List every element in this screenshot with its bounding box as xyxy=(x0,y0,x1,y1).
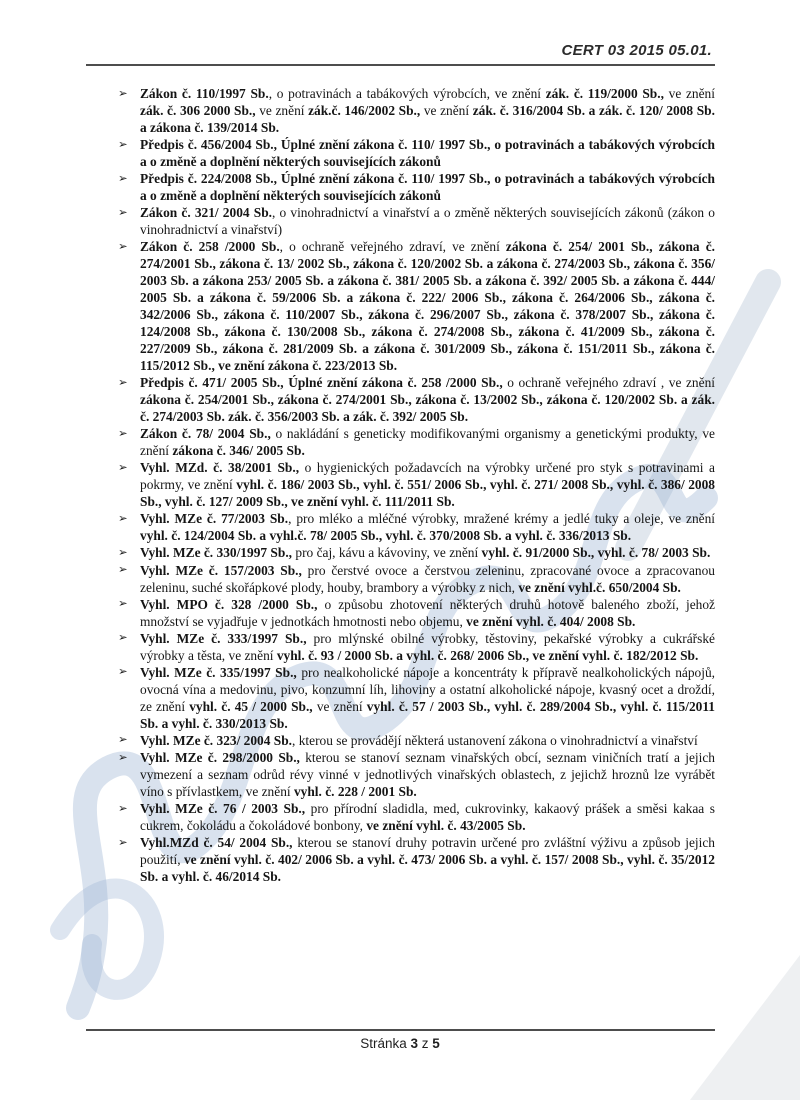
bullet-arrow-icon: ➢ xyxy=(118,630,140,648)
text-segment: Vyhl. MZe č. 76 / 2003 Sb., xyxy=(140,801,305,816)
bullet-arrow-icon: ➢ xyxy=(118,544,140,562)
bullet-arrow-icon: ➢ xyxy=(118,510,140,528)
header-rule xyxy=(86,64,715,66)
text-segment: ve znění vyhl. č. 402/ 2006 Sb. a vyhl. … xyxy=(140,852,715,884)
text-segment: Zákon č. 78/ 2004 Sb., xyxy=(140,426,271,441)
bullet-arrow-icon: ➢ xyxy=(118,374,140,392)
item-text: Vyhl. MZe č. 333/1997 Sb., pro mlýnské o… xyxy=(140,630,715,664)
list-item: ➢Zákon č. 78/ 2004 Sb., o nakládání s ge… xyxy=(118,425,715,459)
text-segment: vyhl. č. 93 / 2000 Sb. a vyhl. č. 268/ 2… xyxy=(277,648,698,663)
text-segment: , kterou se provádějí některá ustanovení… xyxy=(292,733,698,748)
text-segment: pro čaj, kávu a kávoviny, ve znění xyxy=(292,545,482,560)
item-text: Zákon č. 78/ 2004 Sb., o nakládání s gen… xyxy=(140,425,715,459)
item-text: Vyhl. MZe č. 76 / 2003 Sb., pro přírodní… xyxy=(140,800,715,834)
list-item: ➢Zákon č. 321/ 2004 Sb., o vinohradnictv… xyxy=(118,204,715,238)
footer-rule xyxy=(86,1029,715,1031)
item-text: Vyhl. MZe č. 77/2003 Sb., pro mléko a ml… xyxy=(140,510,715,544)
item-text: Zákon č. 258 /2000 Sb., o ochraně veřejn… xyxy=(140,238,715,374)
list-item: ➢Vyhl. MZe č. 157/2003 Sb., pro čerstvé … xyxy=(118,562,715,596)
bullet-arrow-icon: ➢ xyxy=(118,459,140,477)
bullet-arrow-icon: ➢ xyxy=(118,664,140,682)
text-segment: vyhl. č. 91/2000 Sb., vyhl. č. 78/ 2003 … xyxy=(482,545,711,560)
bullet-arrow-icon: ➢ xyxy=(118,562,140,580)
footer-of-word: z xyxy=(422,1036,429,1051)
text-segment: Zákon č. 258 /2000 Sb. xyxy=(140,239,280,254)
watermark-corner xyxy=(690,955,800,1100)
text-segment: zákona č. 346/ 2005 Sb. xyxy=(172,443,304,458)
bullet-arrow-icon: ➢ xyxy=(118,834,140,852)
bullet-arrow-icon: ➢ xyxy=(118,800,140,818)
bullet-arrow-icon: ➢ xyxy=(118,425,140,443)
list-item: ➢Vyhl. MZe č. 333/1997 Sb., pro mlýnské … xyxy=(118,630,715,664)
item-text: Vyhl. MZd. č. 38/2001 Sb., o hygienickýc… xyxy=(140,459,715,510)
bullet-arrow-icon: ➢ xyxy=(118,170,140,188)
item-text: Vyhl. MZe č. 335/1997 Sb., pro nealkohol… xyxy=(140,664,715,732)
list-item: ➢Vyhl. MZe č. 323/ 2004 Sb., kterou se p… xyxy=(118,732,715,750)
list-item: ➢Předpis č. 456/2004 Sb., Úplné znění zá… xyxy=(118,136,715,170)
list-item: ➢Vyhl. MZd. č. 38/2001 Sb., o hygienický… xyxy=(118,459,715,510)
legal-references-list: ➢Zákon č. 110/1997 Sb., o potravinách a … xyxy=(118,85,715,885)
item-text: Předpis č. 456/2004 Sb., Úplné znění zák… xyxy=(140,136,715,170)
text-segment: Předpis č. 471/ 2005 Sb., Úplné znění zá… xyxy=(140,375,503,390)
text-segment: Předpis č. 456/2004 Sb., Úplné znění zák… xyxy=(140,137,715,169)
list-item: ➢Vyhl.MZd č. 54/ 2004 Sb., kterou se sta… xyxy=(118,834,715,885)
text-segment: Vyhl. MZe č. 333/1997 Sb., xyxy=(140,631,307,646)
text-segment: ve znění vyhl.č. 650/2004 Sb. xyxy=(518,580,681,595)
text-segment: , pro mléko a mléčné výrobky, mražené kr… xyxy=(288,511,715,526)
list-item: ➢Zákon č. 110/1997 Sb., o potravinách a … xyxy=(118,85,715,136)
list-item: ➢Zákon č. 258 /2000 Sb., o ochraně veřej… xyxy=(118,238,715,374)
header-doc-code: CERT 03 2015 05.01. xyxy=(561,42,712,59)
text-segment: ve znění vyhl. č. 43/2005 Sb. xyxy=(366,818,525,833)
bullet-arrow-icon: ➢ xyxy=(118,85,140,103)
text-segment: Vyhl. MZe č. 323/ 2004 Sb. xyxy=(140,733,292,748)
list-item: ➢Předpis č. 471/ 2005 Sb., Úplné znění z… xyxy=(118,374,715,425)
text-segment: Vyhl. MZe č. 77/2003 Sb. xyxy=(140,511,288,526)
item-text: Vyhl. MZe č. 298/2000 Sb., kterou se sta… xyxy=(140,749,715,800)
page-footer: Stránka 3 z 5 xyxy=(0,1036,800,1051)
text-segment: o ochraně veřejného zdraví , ve znění xyxy=(503,375,715,390)
text-segment: ve znění xyxy=(664,86,715,101)
item-text: Zákon č. 321/ 2004 Sb., o vinohradnictví… xyxy=(140,204,715,238)
item-text: Předpis č. 224/2008 Sb., Úplné znění zák… xyxy=(140,170,715,204)
text-segment: vyhl. č. 45 / 2000 Sb., xyxy=(189,699,312,714)
item-text: Vyhl. MZe č. 330/1997 Sb., pro čaj, kávu… xyxy=(140,544,715,561)
list-item: ➢Vyhl. MZe č. 76 / 2003 Sb., pro přírodn… xyxy=(118,800,715,834)
item-text: Vyhl. MZe č. 157/2003 Sb., pro čerstvé o… xyxy=(140,562,715,596)
text-segment: vyhl. č. 228 / 2001 Sb. xyxy=(294,784,417,799)
item-text: Předpis č. 471/ 2005 Sb., Úplné znění zá… xyxy=(140,374,715,425)
text-segment: ve znění xyxy=(313,699,367,714)
text-segment: , o potravinách a tabákových výrobcích, … xyxy=(269,86,546,101)
bullet-arrow-icon: ➢ xyxy=(118,238,140,256)
text-segment: Vyhl. MZd. č. 38/2001 Sb., xyxy=(140,460,299,475)
text-segment: zák.č. 146/2002 Sb., xyxy=(308,103,420,118)
list-item: ➢Vyhl. MZe č. 330/1997 Sb., pro čaj, káv… xyxy=(118,544,715,562)
list-item: ➢Vyhl. MZe č. 77/2003 Sb., pro mléko a m… xyxy=(118,510,715,544)
footer-page-number: 3 xyxy=(410,1036,418,1051)
bullet-arrow-icon: ➢ xyxy=(118,596,140,614)
text-segment: vyhl. č. 124/2004 Sb. a vyhl.č. 78/ 2005… xyxy=(140,528,631,543)
text-segment: Zákon č. 110/1997 Sb. xyxy=(140,86,269,101)
text-segment: zák. č. 306 2000 Sb., xyxy=(140,103,256,118)
text-segment: zákona č. 254/2001 Sb., zákona č. 274/20… xyxy=(140,392,715,424)
item-text: Vyhl.MZd č. 54/ 2004 Sb., kterou se stan… xyxy=(140,834,715,885)
text-segment: Zákon č. 321/ 2004 Sb. xyxy=(140,205,272,220)
document-page: CERT 03 2015 05.01. ➢Zákon č. 110/1997 S… xyxy=(0,0,800,1100)
text-segment: ve znění vyhl. č. 404/ 2008 Sb. xyxy=(466,614,635,629)
bullet-arrow-icon: ➢ xyxy=(118,204,140,222)
text-segment: ve znění xyxy=(256,103,308,118)
text-segment: zákona č. 254/ 2001 Sb., zákona č. 274/2… xyxy=(140,239,715,373)
footer-page-word: Stránka xyxy=(360,1036,407,1051)
bullet-arrow-icon: ➢ xyxy=(118,749,140,767)
list-item: ➢Vyhl. MPO č. 328 /2000 Sb., o způsobu z… xyxy=(118,596,715,630)
text-segment: Vyhl. MZe č. 157/2003 Sb., xyxy=(140,563,302,578)
bullet-arrow-icon: ➢ xyxy=(118,732,140,750)
text-segment: Vyhl. MPO č. 328 /2000 Sb., xyxy=(140,597,317,612)
text-segment: , o ochraně veřejného zdraví, ve znění xyxy=(280,239,506,254)
list-item: ➢Předpis č. 224/2008 Sb., Úplné znění zá… xyxy=(118,170,715,204)
text-segment: Vyhl.MZd č. 54/ 2004 Sb., xyxy=(140,835,293,850)
item-text: Zákon č. 110/1997 Sb., o potravinách a t… xyxy=(140,85,715,136)
text-segment: ve znění xyxy=(420,103,472,118)
text-segment: Vyhl. MZe č. 335/1997 Sb., xyxy=(140,665,297,680)
footer-total-pages: 5 xyxy=(432,1036,440,1051)
text-segment: Předpis č. 224/2008 Sb., Úplné znění zák… xyxy=(140,171,715,203)
item-text: Vyhl. MPO č. 328 /2000 Sb., o způsobu zh… xyxy=(140,596,715,630)
text-segment: zák. č. 119/2000 Sb., xyxy=(546,86,664,101)
text-segment: Vyhl. MZe č. 298/2000 Sb., xyxy=(140,750,300,765)
text-segment: Vyhl. MZe č. 330/1997 Sb., xyxy=(140,545,292,560)
item-text: Vyhl. MZe č. 323/ 2004 Sb., kterou se pr… xyxy=(140,732,715,749)
list-item: ➢Vyhl. MZe č. 298/2000 Sb., kterou se st… xyxy=(118,749,715,800)
list-item: ➢Vyhl. MZe č. 335/1997 Sb., pro nealkoho… xyxy=(118,664,715,732)
bullet-arrow-icon: ➢ xyxy=(118,136,140,154)
